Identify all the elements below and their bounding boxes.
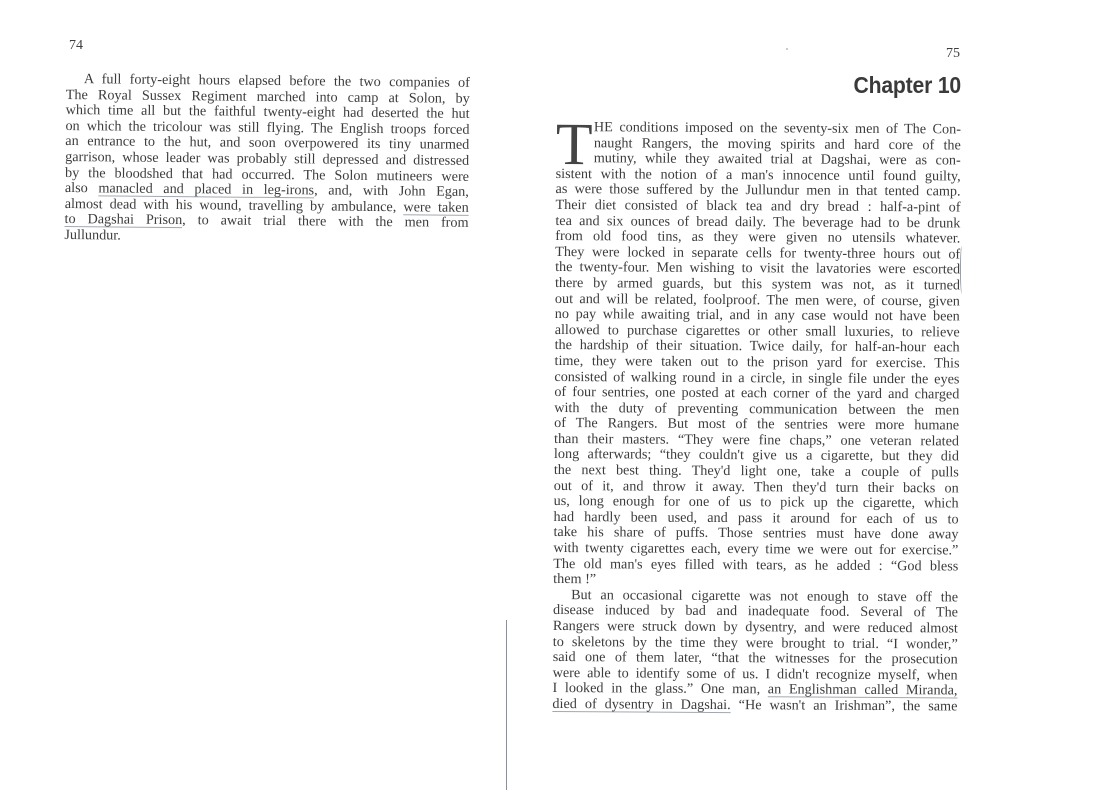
body-text: A full forty-eight hours elapsed before … (64, 72, 470, 247)
pencil-underline: to Dagshai Prison (65, 211, 183, 228)
text-fragment: “He wasn't an Irishman”, the same (731, 697, 958, 714)
chapter-title: Chapter 10 (850, 72, 961, 99)
text-fragment: also (65, 180, 99, 196)
right-page: 75 Chapter 10 T HE conditions imposed on… (520, 0, 1103, 792)
pencil-underline: were taken (403, 199, 469, 216)
scan-speck (786, 48, 788, 50)
text-fragment: I looked in the glass.” One man, (552, 680, 767, 697)
gutter-pencil-line (506, 620, 507, 790)
text-line: The old man's eyes filled with tears, as… (553, 557, 958, 575)
text-line: died of dysentry in Dagshai. “He wasn't … (552, 697, 957, 715)
drop-cap-paragraph: T HE conditions imposed on the seventy-s… (556, 120, 961, 169)
text-fragment: , to await trial there with the men from (182, 212, 469, 231)
left-page: 74 A full forty-eight hours elapsed befo… (0, 0, 520, 792)
drop-cap: T (556, 118, 593, 170)
pencil-margin-mark (960, 246, 965, 294)
body-text: T HE conditions imposed on the seventy-s… (552, 120, 961, 715)
page-number: 74 (69, 38, 83, 54)
text-line: mutiny, while they awaited trial at Dags… (556, 151, 961, 169)
pencil-underline: an Englishman called Miranda, (768, 682, 958, 699)
page-number: 75 (946, 46, 960, 62)
pencil-underline: died of dysentry in Dagshai. (552, 696, 730, 713)
